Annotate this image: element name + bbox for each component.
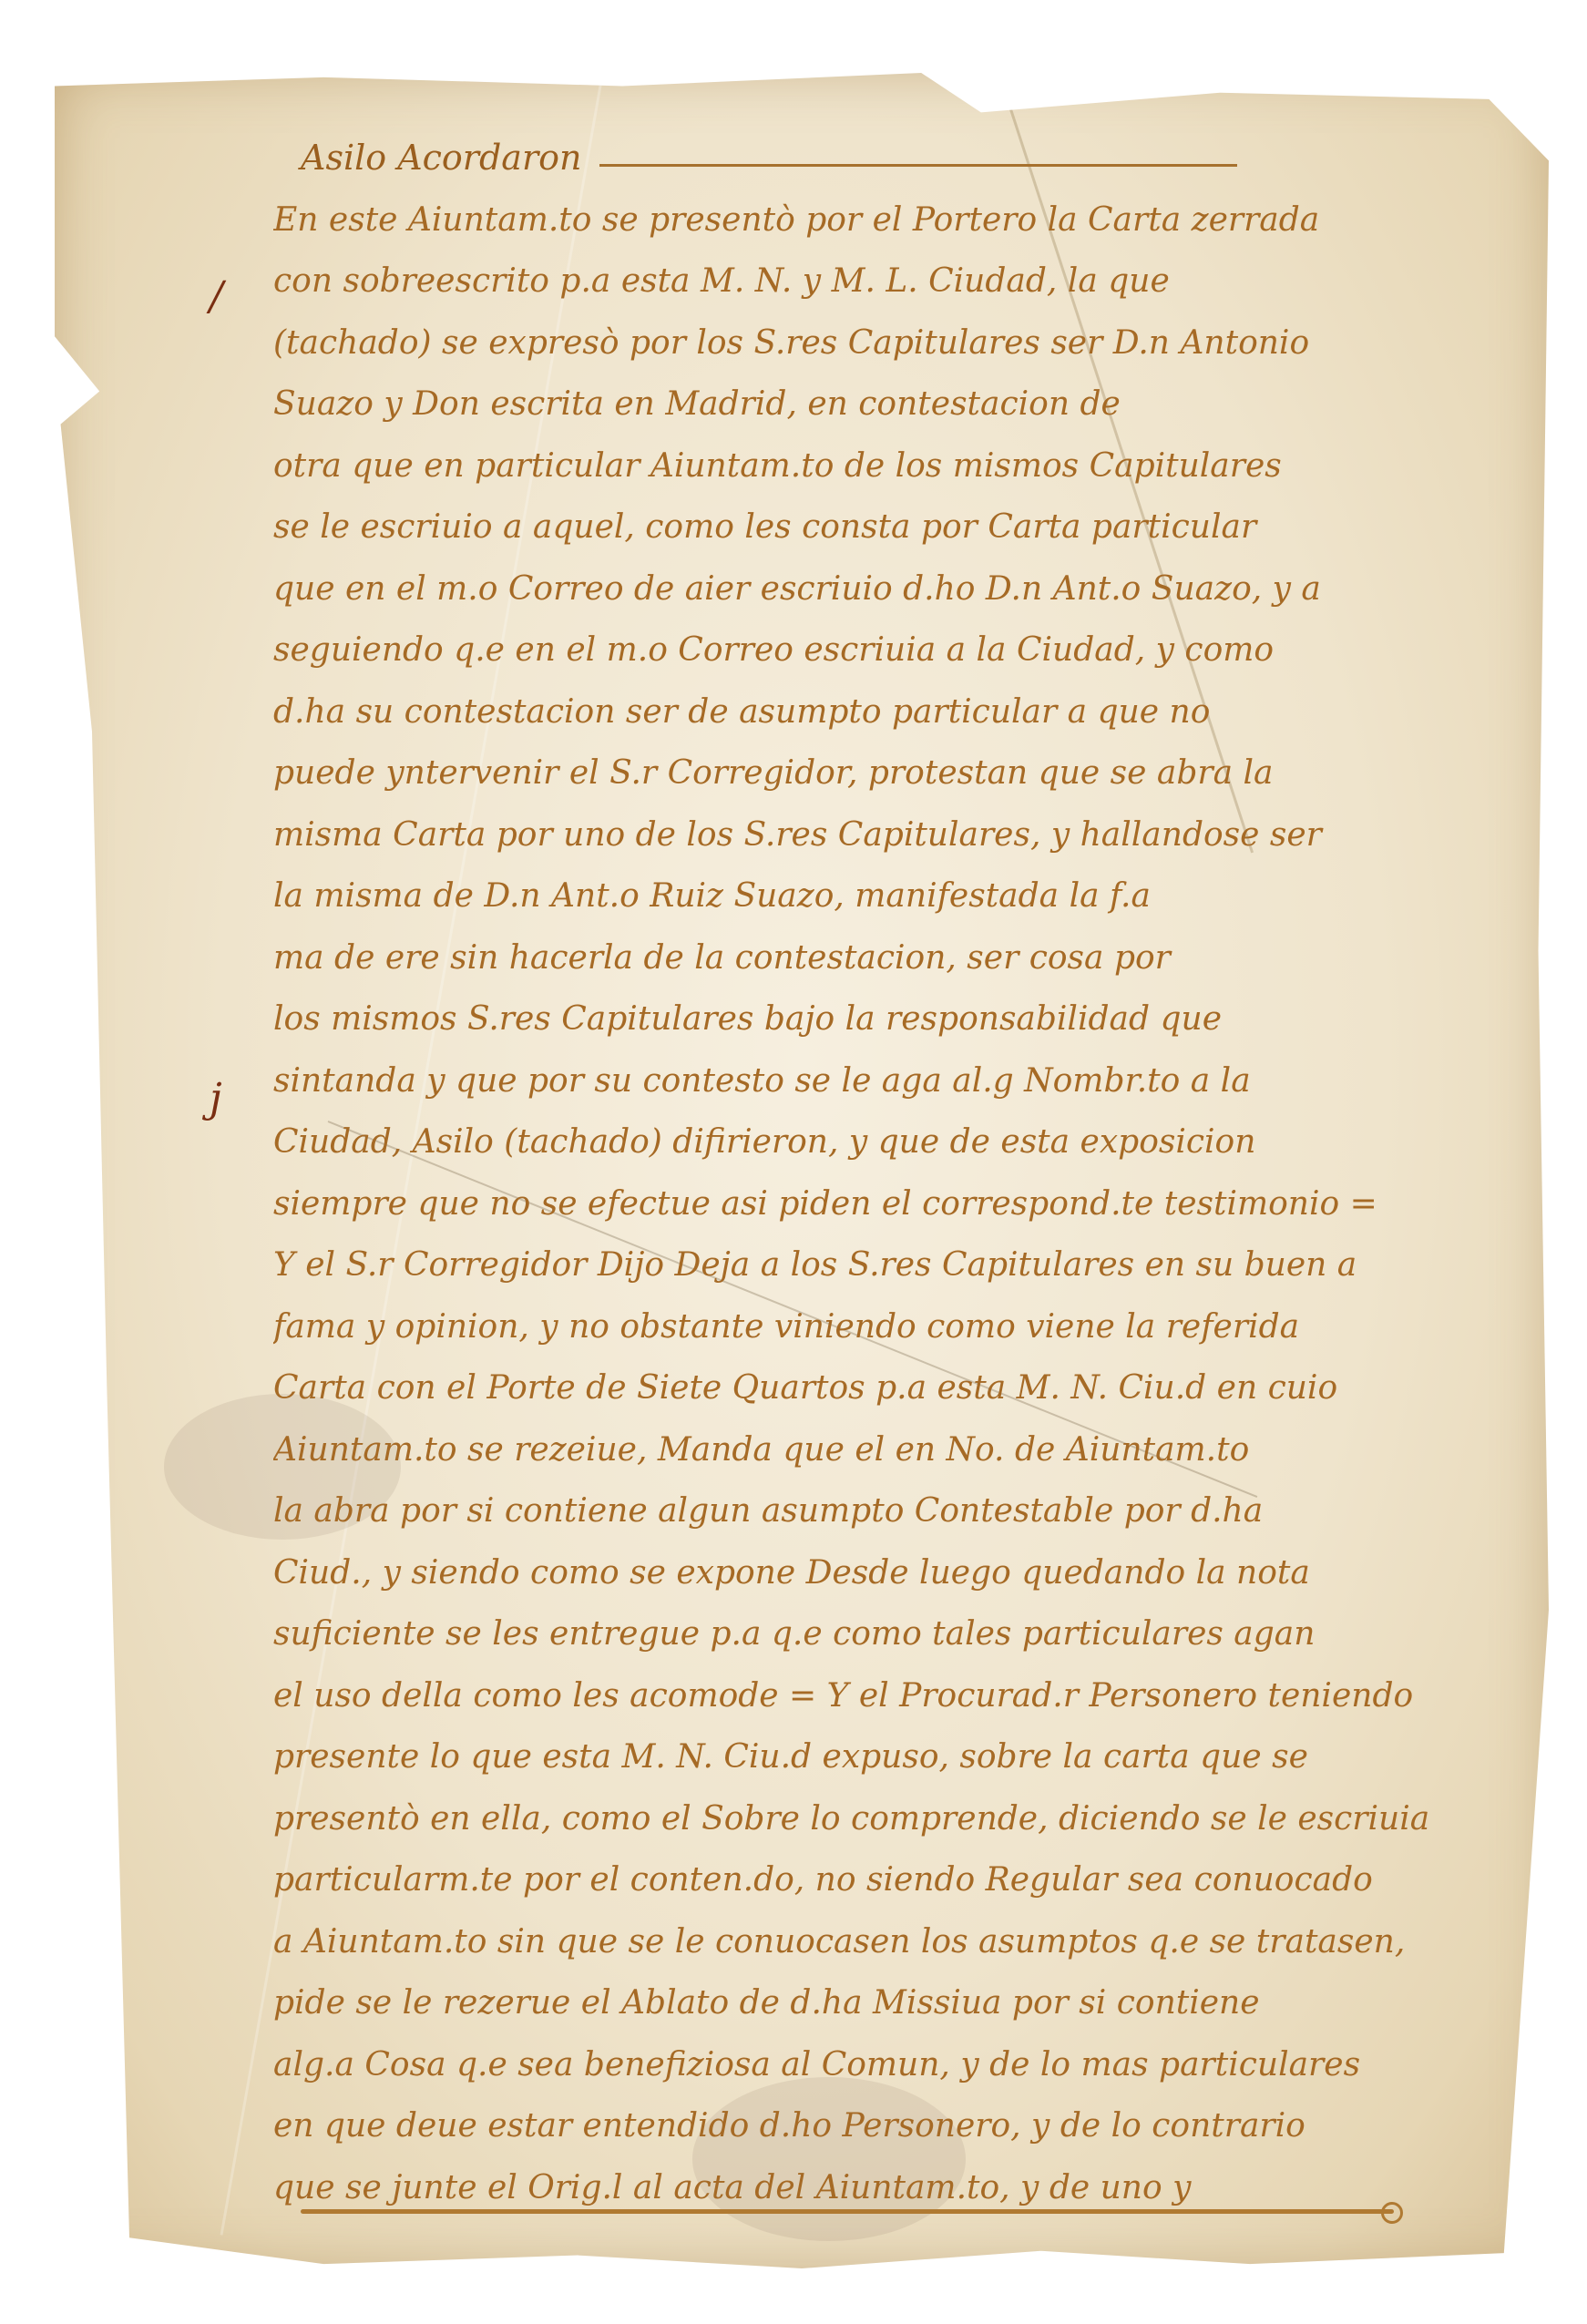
closing-rule (301, 2209, 1394, 2214)
text-line: suficiente se les entregue p.a q.e como … (273, 1603, 1476, 1665)
text-line: (tachado) se expresò por los S.res Capit… (273, 312, 1476, 374)
text-line: puede yntervenir el S.r Corregidor, prot… (273, 742, 1476, 804)
text-line: que en el m.o Correo de aier escriuio d.… (273, 558, 1476, 620)
text-line: Suazo y Don escrita en Madrid, en contes… (273, 374, 1476, 435)
text-line: siempre que no se efectue asi piden el c… (273, 1173, 1476, 1235)
text-line: Carta con el Porte de Siete Quartos p.a … (273, 1357, 1476, 1419)
text-line: otra que en particular Aiuntam.to de los… (273, 435, 1476, 497)
text-line: Y el S.r Corregidor Dijo Deja a los S.re… (273, 1234, 1476, 1296)
heading: Asilo Acordaron (301, 128, 1476, 189)
text-line: la abra por si contiene algun asumpto Co… (273, 1480, 1476, 1542)
text-line: sintanda y que por su contesto se le aga… (273, 1050, 1476, 1112)
text-line: con sobreescrito p.a esta M. N. y M. L. … (273, 251, 1476, 312)
margin-mark: / (210, 273, 223, 320)
margin-mark: j (210, 1075, 222, 1121)
text-line: Ciudad, Asilo (tachado) difirieron, y qu… (273, 1111, 1476, 1173)
text-line: Aiuntam.to se rezeiue, Manda que el en N… (273, 1419, 1476, 1481)
text-line: alg.a Cosa q.e sea benefiziosa al Comun,… (273, 2034, 1476, 2096)
text-line: en que deue estar entendido d.ho Persone… (273, 2095, 1476, 2157)
text-lines: En este Aiuntam.to se presentò por el Po… (273, 189, 1476, 2219)
text-line: presente lo que esta M. N. Ciu.d expuso,… (273, 1726, 1476, 1788)
text-line: presentò en ella, como el Sobre lo compr… (273, 1788, 1476, 1850)
text-line: En este Aiuntam.to se presentò por el Po… (273, 189, 1476, 251)
heading-text: Asilo Acordaron (301, 128, 581, 189)
text-line: misma Carta por uno de los S.res Capitul… (273, 804, 1476, 866)
heading-rule (599, 164, 1237, 167)
text-line: fama y opinion, y no obstante viniendo c… (273, 1296, 1476, 1358)
text-line: seguiendo q.e en el m.o Correo escriuia … (273, 619, 1476, 681)
text-line: Ciud., y siendo como se expone Desde lue… (273, 1542, 1476, 1604)
text-line: ma de ere sin hacerla de la contestacion… (273, 927, 1476, 989)
text-line: los mismos S.res Capitulares bajo la res… (273, 988, 1476, 1050)
text-line: particularm.te por el conten.do, no sien… (273, 1849, 1476, 1911)
text-line: pide se le rezerue el Ablato de d.ha Mis… (273, 1972, 1476, 2034)
text-line: a Aiuntam.to sin que se le conuocasen lo… (273, 1911, 1476, 1973)
text-line: se le escriuio a aquel, como les consta … (273, 497, 1476, 558)
text-line: el uso della como les acomode = Y el Pro… (273, 1665, 1476, 1727)
text-line: la misma de D.n Ant.o Ruiz Suazo, manife… (273, 865, 1476, 927)
manuscript-text: Asilo Acordaron En este Aiuntam.to se pr… (273, 128, 1476, 2218)
text-line: d.ha su contestacion ser de asumpto part… (273, 681, 1476, 743)
